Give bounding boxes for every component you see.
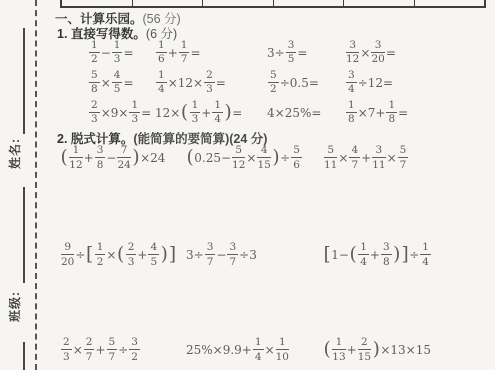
math-text: + — [347, 343, 357, 357]
fraction: 57 — [398, 145, 409, 170]
fraction: 311 — [372, 145, 385, 170]
math-text: 3÷ — [186, 248, 204, 262]
score-table-cell — [203, 0, 274, 6]
binding-dashed-line — [35, 0, 37, 370]
direct-calc-problem: 34÷12= — [345, 71, 480, 96]
fraction: 23 — [89, 100, 100, 125]
stepwise-calc-problem: (112+38−724)×24 — [60, 146, 186, 171]
direct-calc-problem: 52÷0.5= — [267, 71, 345, 96]
direct-calc-problem: 12×(13+14)= — [155, 101, 267, 126]
fraction: 35 — [286, 40, 297, 65]
bracket: ) — [225, 102, 232, 123]
math-text: 4×25%= — [267, 106, 321, 120]
direct-calc-problem: 14×12×23= — [155, 71, 267, 96]
math-text: 3÷ — [267, 46, 285, 60]
direct-calc-problem: 12−13= — [88, 41, 155, 66]
score-table-cell — [415, 0, 485, 6]
math-text: × — [338, 151, 348, 165]
fraction: 920 — [61, 242, 74, 267]
direct-calc-problem: 16+17= — [155, 41, 267, 66]
class-label: 班级: — [0, 286, 32, 326]
math-text: ×13×15 — [380, 343, 431, 357]
bracket: [ — [324, 244, 331, 265]
math-text: × — [387, 151, 397, 165]
stepwise-calc-problem: 25%×9.9+14×110 — [186, 338, 323, 363]
fraction: 16 — [156, 40, 167, 65]
math-text: ÷ — [75, 248, 85, 262]
bracket: ( — [187, 147, 194, 168]
bracket: [ — [86, 244, 93, 265]
stepwise-calc-problem: (0.25−512×415)÷56 — [186, 146, 323, 171]
math-text: + — [95, 343, 105, 357]
math-text: + — [84, 151, 94, 165]
math-text: + — [370, 248, 380, 262]
fraction: 37 — [227, 242, 238, 267]
stepwise-calc-problem: 3÷37−37÷3 — [186, 243, 323, 268]
fraction: 320 — [371, 40, 384, 65]
direct-calc-problem: 3÷35= — [267, 41, 345, 66]
fraction: 724 — [117, 145, 130, 170]
score-table-cell — [274, 0, 345, 6]
fraction: 23 — [61, 337, 72, 362]
score-table-cell — [344, 0, 415, 6]
fraction: 113 — [332, 337, 345, 362]
fraction: 32 — [129, 337, 140, 362]
fraction: 52 — [268, 70, 279, 95]
bracket: ] — [169, 244, 176, 265]
math-text: 0.25− — [194, 151, 231, 165]
score-table — [60, 0, 486, 8]
stepwise-calc-note: (能简算的要简算) — [133, 132, 229, 146]
fraction: 56 — [291, 145, 302, 170]
fraction: 34 — [346, 70, 357, 95]
fraction: 215 — [358, 337, 371, 362]
stepwise-calc-problem: 511×47+311×57 — [323, 146, 432, 171]
direct-calc-problem: 18×7+18= — [345, 101, 480, 126]
math-text: + — [361, 151, 371, 165]
fraction: 14 — [212, 100, 223, 125]
exam-paper-page: 姓名: 班级: 一、计算乐园。(56 分) 1. 直接写得数。(6 分) 12−… — [0, 0, 495, 370]
fraction: 14 — [358, 242, 369, 267]
fraction: 58 — [89, 70, 100, 95]
fraction: 45 — [112, 70, 123, 95]
math-text: ÷12= — [358, 76, 393, 90]
fraction: 13 — [129, 100, 140, 125]
score-table-cell — [62, 0, 133, 6]
class-blank-line — [23, 187, 25, 283]
bracket: ) — [373, 339, 380, 360]
class-label-text: 班级: — [6, 291, 23, 322]
stepwise-calc-problems: (112+38−724)×24(0.25−512×415)÷56511×47+3… — [60, 146, 432, 363]
math-text: ÷3 — [239, 248, 257, 262]
math-text: 12× — [155, 106, 180, 120]
name-blank-line — [23, 28, 25, 134]
direct-calc-problem: 4×25%= — [267, 106, 345, 120]
bracket: ) — [272, 147, 279, 168]
direct-calc-problem: 58×45= — [88, 71, 155, 96]
fraction: 12 — [89, 40, 100, 65]
stepwise-calc-problem: 23×27+57÷32 — [60, 338, 186, 363]
math-text: + — [137, 248, 147, 262]
bracket: ( — [324, 339, 331, 360]
math-text: × — [246, 151, 256, 165]
direct-calc-problem: 312×320= — [345, 41, 480, 66]
math-text: = — [216, 76, 226, 90]
stepwise-calc-problem: (113+215)×13×15 — [323, 338, 432, 363]
math-text: = — [386, 46, 396, 60]
fraction: 415 — [257, 145, 270, 170]
name-label: 姓名: — [0, 133, 32, 173]
fraction: 14 — [253, 337, 264, 362]
math-text: ÷ — [280, 151, 290, 165]
math-text: 1− — [331, 248, 349, 262]
score-table-cell — [133, 0, 204, 6]
fraction: 45 — [148, 242, 159, 267]
fraction: 14 — [420, 242, 431, 267]
bottom-blank-line — [23, 342, 25, 370]
math-text: − — [216, 248, 226, 262]
math-text: ÷0.5= — [280, 76, 319, 90]
fraction: 18 — [346, 100, 357, 125]
math-text: = — [297, 46, 307, 60]
fraction: 13 — [190, 100, 201, 125]
bracket: ) — [132, 147, 139, 168]
fraction: 14 — [156, 70, 167, 95]
fraction: 18 — [386, 100, 397, 125]
fraction: 17 — [179, 40, 190, 65]
math-text: ÷ — [409, 248, 419, 262]
math-text: × — [101, 76, 111, 90]
math-text: = — [123, 76, 133, 90]
math-text: ×9× — [101, 106, 129, 120]
math-text: × — [106, 248, 116, 262]
stepwise-calc-problem: [1−(14+38)]÷14 — [323, 243, 432, 268]
fraction: 57 — [107, 337, 118, 362]
math-text: ×12× — [168, 76, 203, 90]
bracket: ( — [181, 102, 188, 123]
bracket: ) — [161, 244, 168, 265]
math-text: ×24 — [140, 151, 165, 165]
fraction: 511 — [324, 145, 337, 170]
fraction: 312 — [346, 40, 359, 65]
math-text: ×7+ — [358, 106, 386, 120]
math-text: + — [201, 106, 211, 120]
fraction: 37 — [205, 242, 216, 267]
math-text: + — [168, 46, 178, 60]
fraction: 13 — [112, 40, 123, 65]
bracket: ( — [61, 147, 68, 168]
math-text: = — [232, 106, 242, 120]
fraction: 27 — [84, 337, 95, 362]
fraction: 12 — [95, 242, 106, 267]
direct-calc-problem: 23×9×13= — [88, 101, 155, 126]
math-text: = — [190, 46, 200, 60]
fraction: 47 — [349, 145, 360, 170]
math-text: × — [360, 46, 370, 60]
math-text: × — [265, 343, 275, 357]
fraction: 38 — [95, 145, 106, 170]
bracket: ) — [393, 244, 400, 265]
name-label-text: 姓名: — [6, 138, 23, 169]
fraction: 512 — [232, 145, 245, 170]
direct-calc-problems: 12−13=16+17=3÷35=312×320=58×45=14×12×23=… — [88, 38, 480, 128]
fraction: 23 — [126, 242, 137, 267]
fraction: 23 — [204, 70, 215, 95]
math-text: = — [123, 46, 133, 60]
fraction: 38 — [381, 242, 392, 267]
fraction: 112 — [69, 145, 82, 170]
bracket: ( — [117, 244, 124, 265]
math-text: = — [141, 106, 151, 120]
stepwise-calc-problem: 920÷[12×(23+45)] — [60, 243, 186, 268]
fraction: 110 — [276, 337, 289, 362]
math-text: = — [398, 106, 408, 120]
math-text: − — [106, 151, 116, 165]
bracket: ( — [349, 244, 356, 265]
math-text: 25%×9.9+ — [186, 343, 252, 357]
math-text: ÷ — [118, 343, 128, 357]
bracket: ] — [401, 244, 408, 265]
math-text: − — [101, 46, 111, 60]
math-text: × — [73, 343, 83, 357]
